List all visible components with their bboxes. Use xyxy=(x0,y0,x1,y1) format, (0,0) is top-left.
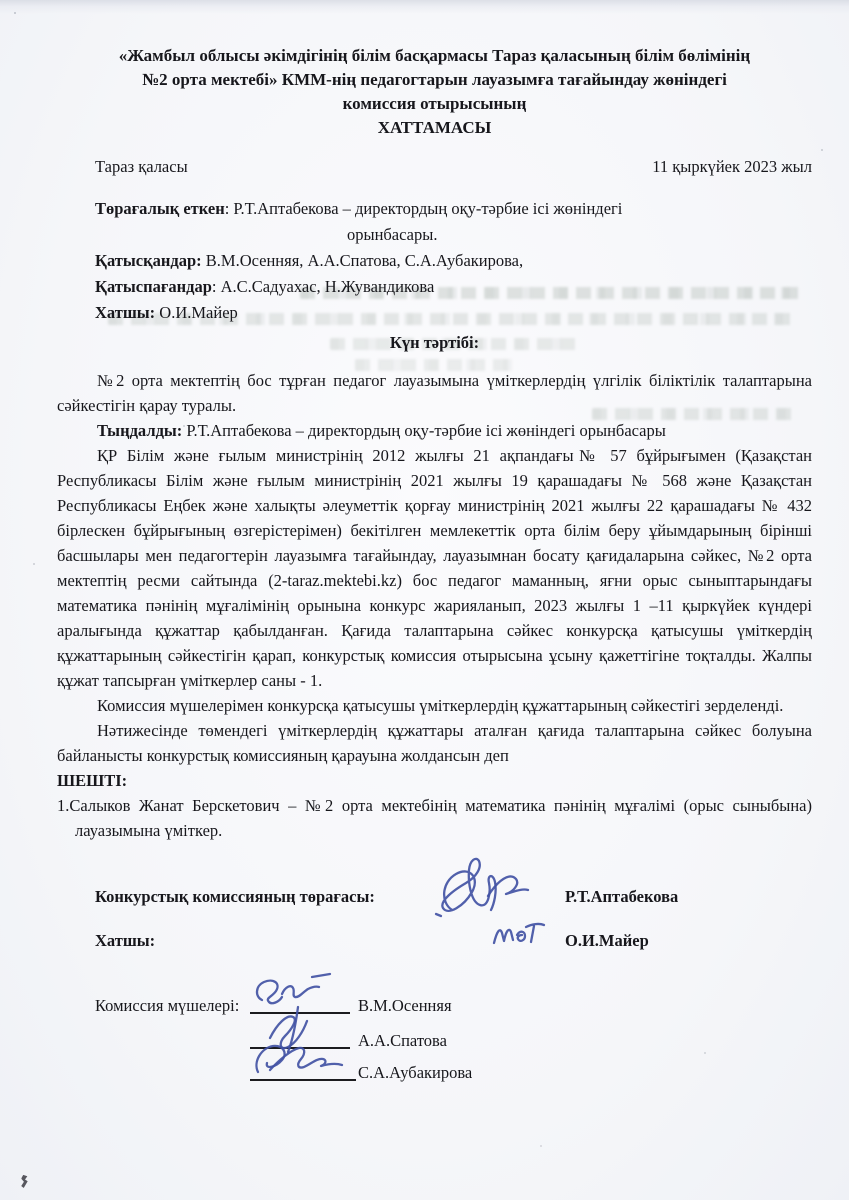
main-paragraph: ҚР Білім және ғылым министрінің 2012 жыл… xyxy=(57,443,812,693)
heard-label: Тыңдалды: xyxy=(97,421,182,440)
title-protocol-word: ХАТТАМАСЫ xyxy=(57,116,812,140)
commission-chair-signature-label: Конкурстық комиссияның төрағасы: xyxy=(95,884,375,909)
member-name: А.А.Спатова xyxy=(358,1028,447,1053)
absent-value: : А.С.Садуахас, Н.Жувандикова xyxy=(212,277,434,296)
scan-edge-artifact xyxy=(0,0,849,14)
document-body: «Жамбыл облысы әкімдігінің білім басқарм… xyxy=(57,44,812,843)
review-paragraph: Комиссия мүшелерімен конкурсқа қатысушы … xyxy=(57,693,812,718)
members-signature-label: Комиссия мүшелері: xyxy=(95,993,239,1018)
secretary-name: О.И.Майер xyxy=(565,928,649,953)
title-line-1: «Жамбыл облысы әкімдігінің білім басқарм… xyxy=(57,44,812,68)
decision-heading: ШЕШТІ: xyxy=(57,768,812,793)
date-label: 11 қыркүйек 2023 жыл xyxy=(652,154,812,180)
attended-value: В.М.Осенняя, А.А.Спатова, С.А.Аубакирова… xyxy=(202,251,524,270)
attended-line: Қатысқандар: В.М.Осенняя, А.А.Спатова, С… xyxy=(95,248,812,274)
secretary-value: О.И.Майер xyxy=(155,303,238,322)
absent-line: Қатыспағандар: А.С.Садуахас, Н.Жувандико… xyxy=(95,274,812,300)
title-line-2: №2 орта мектебі» КММ-нің педагогтарын ла… xyxy=(57,68,812,92)
chairperson-label: Төрағалық еткен xyxy=(95,199,225,218)
member-name: В.М.Осенняя xyxy=(358,993,452,1018)
scanned-protocol-document: «Жамбыл облысы әкімдігінің білім басқарм… xyxy=(0,0,849,1200)
secretary-signature-ink xyxy=(490,916,548,952)
participants-block: Төрағалық еткен: Р.Т.Аптабекова – директ… xyxy=(57,196,812,326)
result-paragraph: Нәтижесінде төмендегі үміткерлердің құжа… xyxy=(57,718,812,768)
decision-item-1: 1.Салыков Жанат Берскетович – №2 орта ме… xyxy=(57,793,812,843)
chairperson-line: Төрағалық еткен: Р.Т.Аптабекова – директ… xyxy=(95,196,812,222)
member-signature-ink xyxy=(246,1038,344,1084)
chairperson-value: : Р.Т.Аптабекова – директордың оқу-тәрби… xyxy=(225,199,623,218)
heard-line: Тыңдалды: Р.Т.Аптабекова – директордың о… xyxy=(57,418,812,443)
scan-speckles xyxy=(0,0,2,2)
document-title: «Жамбыл облысы әкімдігінің білім басқарм… xyxy=(57,44,812,140)
absent-label: Қатыспағандар xyxy=(95,277,212,296)
secretary-label: Хатшы: xyxy=(95,303,155,322)
agenda-item: №2 орта мектептің бос тұрған педагог лау… xyxy=(57,368,812,418)
chairperson-line-wrap: орынбасары. xyxy=(347,222,812,248)
corner-ink-mark xyxy=(21,1175,29,1188)
commission-chair-name: Р.Т.Аптабекова xyxy=(565,884,678,909)
agenda-heading: Күн тәртібі: xyxy=(57,330,812,356)
attended-label: Қатысқандар: xyxy=(95,251,202,270)
secretary-signature-label: Хатшы: xyxy=(95,928,155,953)
title-line-3: комиссия отырысының xyxy=(57,92,812,116)
member-name: С.А.Аубакирова xyxy=(358,1060,472,1085)
city-date-row: Тараз қаласы 11 қыркүйек 2023 жыл xyxy=(57,154,812,180)
secretary-line: Хатшы: О.И.Майер xyxy=(95,300,812,326)
city-label: Тараз қаласы xyxy=(95,154,188,180)
heard-value: Р.Т.Аптабекова – директордың оқу-тәрбие … xyxy=(182,421,666,440)
